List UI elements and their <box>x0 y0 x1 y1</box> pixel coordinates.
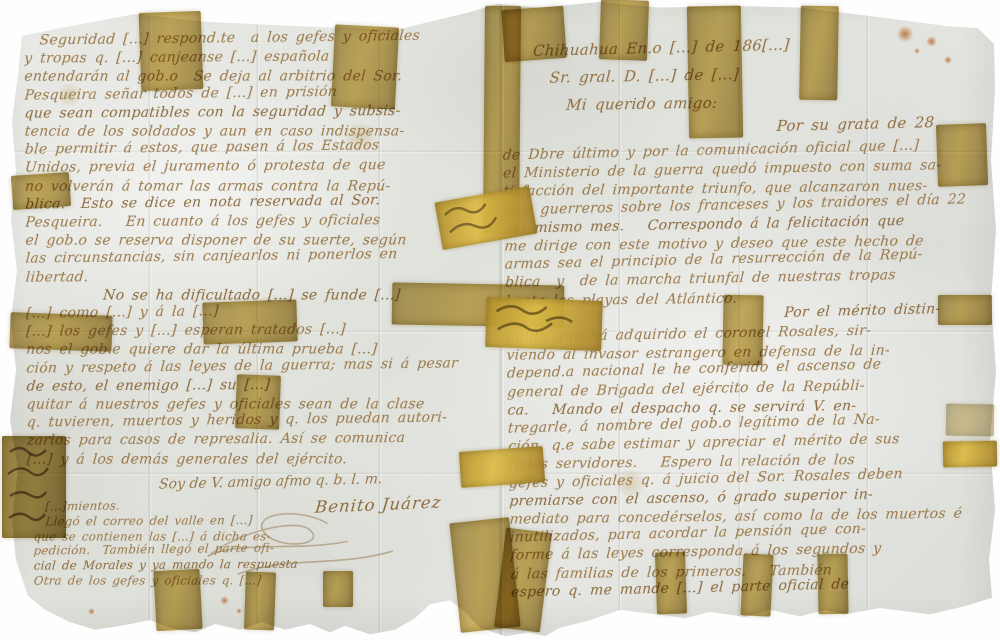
tape-patch <box>139 11 204 91</box>
tape-patch <box>2 436 66 538</box>
tape-patch <box>244 571 276 630</box>
tape-patch <box>599 0 649 61</box>
tape-patch <box>799 6 839 101</box>
tape-patch <box>936 123 988 187</box>
tape-patch <box>9 312 112 352</box>
tape-patch <box>938 295 992 325</box>
tape-patch <box>153 569 202 631</box>
tape-patch <box>655 551 687 614</box>
tape-patch <box>946 404 995 437</box>
tape-patch <box>323 571 353 607</box>
tape-patch <box>943 441 997 468</box>
tape-patch <box>459 446 545 488</box>
tape-patch <box>485 297 603 351</box>
tape-patch <box>11 172 71 210</box>
tape-patch <box>202 299 297 344</box>
photographed-manuscript: Seguridad [...] respond.te a los gefes y… <box>0 0 1000 640</box>
tape-patch <box>722 295 763 366</box>
tape-patch <box>235 374 281 430</box>
tape-patch <box>331 24 399 109</box>
tape-patch <box>687 6 743 139</box>
tape-patch <box>740 553 773 616</box>
tape-patch <box>501 6 566 62</box>
tape-patch <box>817 554 848 615</box>
